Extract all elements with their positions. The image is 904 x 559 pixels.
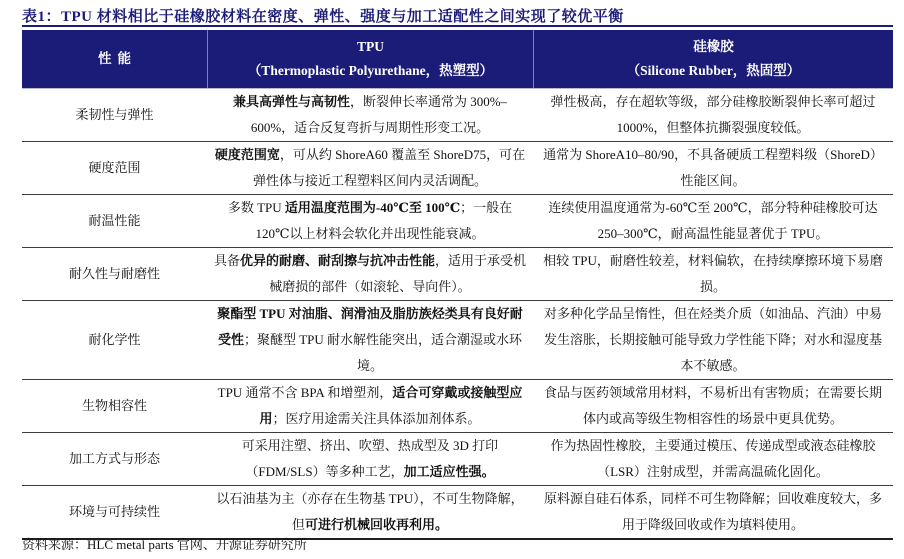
header-silicone-name: 硅橡胶 (693, 35, 734, 59)
property-cell: 耐久性与耐磨性 (22, 248, 207, 300)
tpu-cell: TPU 通常不含 BPA 和增塑剂，适合可穿戴或接触型应用；医疗用途需关注具体添… (207, 380, 533, 432)
table-row: 生物相容性TPU 通常不含 BPA 和增塑剂，适合可穿戴或接触型应用；医疗用途需… (22, 380, 893, 433)
text-segment: 食品与医药领域常用材料，不易析出有害物质；在需要长期体内或高等级生物相容性的场景… (544, 385, 882, 426)
property-label: 环境与可持续性 (32, 499, 197, 525)
tpu-cell-text: TPU 通常不含 BPA 和增塑剂，适合可穿戴或接触型应用；医疗用途需关注具体添… (213, 380, 527, 432)
bold-segment: 优异的耐磨、耐刮擦与抗冲击性能 (240, 253, 435, 268)
tpu-cell: 多数 TPU 适用温度范围为-40℃至 100℃；一般在 120℃以上材料会软化… (207, 195, 533, 247)
property-label: 加工方式与形态 (32, 446, 197, 472)
silicone-cell: 通常为 ShoreA10–80/90，不具备硬质工程塑料级（ShoreD）性能区… (533, 142, 893, 194)
bold-segment: 适用温度范围为-40℃至 100℃ (285, 200, 460, 215)
property-cell: 耐化学性 (22, 301, 207, 379)
text-segment: 相较 TPU，耐磨性较差，材料偏软，在持续摩擦环境下易磨损。 (543, 253, 883, 294)
header-cell-silicone: 硅橡胶 （Silicone Rubber，热固型） (533, 30, 893, 88)
text-segment: ，可从约 ShoreA60 覆盖至 ShoreD75，可在弹性体与接近工程塑料区… (253, 147, 525, 188)
table-row: 环境与可持续性以石油基为主（亦存在生物基 TPU），不可生物降解，但可进行机械回… (22, 486, 893, 540)
tpu-cell-text: 多数 TPU 适用温度范围为-40℃至 100℃；一般在 120℃以上材料会软化… (213, 195, 527, 247)
tpu-cell-text: 硬度范围宽，可从约 ShoreA60 覆盖至 ShoreD75，可在弹性体与接近… (213, 142, 527, 194)
bold-segment: 加工适应性强。 (404, 464, 495, 479)
table-body: 柔韧性与弹性兼具高弹性与高韧性，断裂伸长率通常为 300%–600%，适合反复弯… (22, 89, 893, 540)
table-header-row: 性能 TPU （Thermoplastic Polyurethane，热塑型） … (22, 30, 893, 89)
header-cell-tpu: TPU （Thermoplastic Polyurethane，热塑型） (207, 30, 533, 88)
silicone-cell: 弹性极高，存在超软等级，部分硅橡胶断裂伸长率可超过 1000%，但整体抗撕裂强度… (533, 89, 893, 141)
table-row: 柔韧性与弹性兼具高弹性与高韧性，断裂伸长率通常为 300%–600%，适合反复弯… (22, 89, 893, 142)
property-label: 生物相容性 (32, 393, 197, 419)
silicone-cell: 相较 TPU，耐磨性较差，材料偏软，在持续摩擦环境下易磨损。 (533, 248, 893, 300)
tpu-cell-text: 聚酯型 TPU 对油脂、润滑油及脂肪族烃类具有良好耐受性；聚醚型 TPU 耐水解… (213, 301, 527, 379)
property-cell: 环境与可持续性 (22, 486, 207, 538)
text-segment: 具备 (214, 253, 240, 268)
silicone-cell-text: 原料源自硅石体系，同样不可生物降解；回收难度较大，多用于降级回收或作为填料使用。 (539, 486, 887, 538)
property-label: 耐温性能 (32, 208, 197, 234)
tpu-cell: 聚酯型 TPU 对油脂、润滑油及脂肪族烃类具有良好耐受性；聚醚型 TPU 耐水解… (207, 301, 533, 379)
text-segment: ；聚醚型 TPU 耐水解性能突出，适合潮湿或水环境。 (244, 332, 522, 373)
text-segment: 原料源自硅石体系，同样不可生物降解；回收难度较大，多用于降级回收或作为填料使用。 (544, 491, 882, 532)
tpu-cell-text: 可采用注塑、挤出、吹塑、热成型及 3D 打印（FDM/SLS）等多种工艺，加工适… (213, 433, 527, 485)
tpu-cell-text: 兼具高弹性与高韧性，断裂伸长率通常为 300%–600%，适合反复弯折与周期性形… (213, 89, 527, 141)
property-cell: 生物相容性 (22, 380, 207, 432)
text-segment: 对多种化学品呈惰性，但在烃类介质（如油品、汽油）中易发生溶胀，长期接触可能导致力… (544, 306, 882, 373)
property-label: 柔韧性与弹性 (32, 102, 197, 128)
table-row: 耐久性与耐磨性具备优异的耐磨、耐刮擦与抗冲击性能，适用于承受机械磨损的部件（如滚… (22, 248, 893, 301)
table-row: 硬度范围硬度范围宽，可从约 ShoreA60 覆盖至 ShoreD75，可在弹性… (22, 142, 893, 195)
title-underline (22, 25, 893, 27)
header-tpu-subtitle: （Thermoplastic Polyurethane，热塑型） (248, 59, 493, 83)
property-cell: 硬度范围 (22, 142, 207, 194)
silicone-cell: 对多种化学品呈惰性，但在烃类介质（如油品、汽油）中易发生溶胀，长期接触可能导致力… (533, 301, 893, 379)
silicone-cell-text: 相较 TPU，耐磨性较差，材料偏软，在持续摩擦环境下易磨损。 (539, 248, 887, 300)
table-row: 耐化学性聚酯型 TPU 对油脂、润滑油及脂肪族烃类具有良好耐受性；聚醚型 TPU… (22, 301, 893, 380)
report-page: 表1：TPU 材料相比于硅橡胶材料在密度、弹性、强度与加工适配性之间实现了较优平… (0, 0, 904, 559)
property-cell: 加工方式与形态 (22, 433, 207, 485)
tpu-cell: 兼具高弹性与高韧性，断裂伸长率通常为 300%–600%，适合反复弯折与周期性形… (207, 89, 533, 141)
tpu-cell: 硬度范围宽，可从约 ShoreA60 覆盖至 ShoreD75，可在弹性体与接近… (207, 142, 533, 194)
text-segment: ；医疗用途需关注具体添加剂体系。 (273, 411, 481, 426)
silicone-cell-text: 弹性极高，存在超软等级，部分硅橡胶断裂伸长率可超过 1000%，但整体抗撕裂强度… (539, 89, 887, 141)
bold-segment: 硬度范围宽 (215, 147, 280, 162)
silicone-cell: 连续使用温度通常为-60℃至 200℃，部分特种硅橡胶可达 250–300℃，耐… (533, 195, 893, 247)
header-cell-property: 性能 (22, 30, 207, 88)
property-label: 硬度范围 (32, 155, 197, 181)
tpu-cell-text: 具备优异的耐磨、耐刮擦与抗冲击性能，适用于承受机械磨损的部件（如滚轮、导向件）。 (213, 248, 527, 300)
table-row: 耐温性能多数 TPU 适用温度范围为-40℃至 100℃；一般在 120℃以上材… (22, 195, 893, 248)
text-segment: 弹性极高，存在超软等级，部分硅橡胶断裂伸长率可超过 1000%，但整体抗撕裂强度… (550, 94, 875, 135)
property-label: 耐久性与耐磨性 (32, 261, 197, 287)
header-tpu-name: TPU (357, 35, 384, 59)
silicone-cell-text: 食品与医药领域常用材料，不易析出有害物质；在需要长期体内或高等级生物相容性的场景… (539, 380, 887, 432)
tpu-cell: 具备优异的耐磨、耐刮擦与抗冲击性能，适用于承受机械磨损的部件（如滚轮、导向件）。 (207, 248, 533, 300)
tpu-cell: 可采用注塑、挤出、吹塑、热成型及 3D 打印（FDM/SLS）等多种工艺，加工适… (207, 433, 533, 485)
property-cell: 柔韧性与弹性 (22, 89, 207, 141)
bold-segment: 可进行机械回收再利用。 (305, 517, 448, 532)
source-note: 资料来源：HLC metal parts 官网、开源证券研究所 (22, 534, 307, 553)
property-label: 耐化学性 (32, 327, 197, 353)
text-segment: TPU 通常不含 BPA 和增塑剂， (218, 385, 393, 400)
text-segment: 作为热固性橡胶，主要通过模压、传递成型或液态硅橡胶（LSR）注射成型，并需高温硫… (550, 438, 875, 479)
table-title: 表1：TPU 材料相比于硅橡胶材料在密度、弹性、强度与加工适配性之间实现了较优平… (22, 5, 893, 26)
silicone-cell-text: 对多种化学品呈惰性，但在烃类介质（如油品、汽油）中易发生溶胀，长期接触可能导致力… (539, 301, 887, 379)
tpu-cell-text: 以石油基为主（亦存在生物基 TPU），不可生物降解，但可进行机械回收再利用。 (213, 486, 527, 538)
tpu-cell: 以石油基为主（亦存在生物基 TPU），不可生物降解，但可进行机械回收再利用。 (207, 486, 533, 538)
bold-segment: 兼具高弹性与高韧性 (233, 94, 350, 109)
silicone-cell: 作为热固性橡胶，主要通过模压、传递成型或液态硅橡胶（LSR）注射成型，并需高温硫… (533, 433, 893, 485)
property-cell: 耐温性能 (22, 195, 207, 247)
comparison-table: 性能 TPU （Thermoplastic Polyurethane，热塑型） … (22, 30, 893, 540)
silicone-cell-text: 通常为 ShoreA10–80/90，不具备硬质工程塑料级（ShoreD）性能区… (539, 142, 887, 194)
text-segment: 通常为 ShoreA10–80/90，不具备硬质工程塑料级（ShoreD）性能区… (543, 147, 883, 188)
header-silicone-subtitle: （Silicone Rubber，热固型） (627, 59, 801, 83)
text-segment: 多数 TPU (228, 200, 285, 215)
text-segment: 连续使用温度通常为-60℃至 200℃，部分特种硅橡胶可达 250–300℃，耐… (548, 200, 877, 241)
silicone-cell: 食品与医药领域常用材料，不易析出有害物质；在需要长期体内或高等级生物相容性的场景… (533, 380, 893, 432)
silicone-cell: 原料源自硅石体系，同样不可生物降解；回收难度较大，多用于降级回收或作为填料使用。 (533, 486, 893, 538)
silicone-cell-text: 作为热固性橡胶，主要通过模压、传递成型或液态硅橡胶（LSR）注射成型，并需高温硫… (539, 433, 887, 485)
table-row: 加工方式与形态可采用注塑、挤出、吹塑、热成型及 3D 打印（FDM/SLS）等多… (22, 433, 893, 486)
silicone-cell-text: 连续使用温度通常为-60℃至 200℃，部分特种硅橡胶可达 250–300℃，耐… (539, 195, 887, 247)
